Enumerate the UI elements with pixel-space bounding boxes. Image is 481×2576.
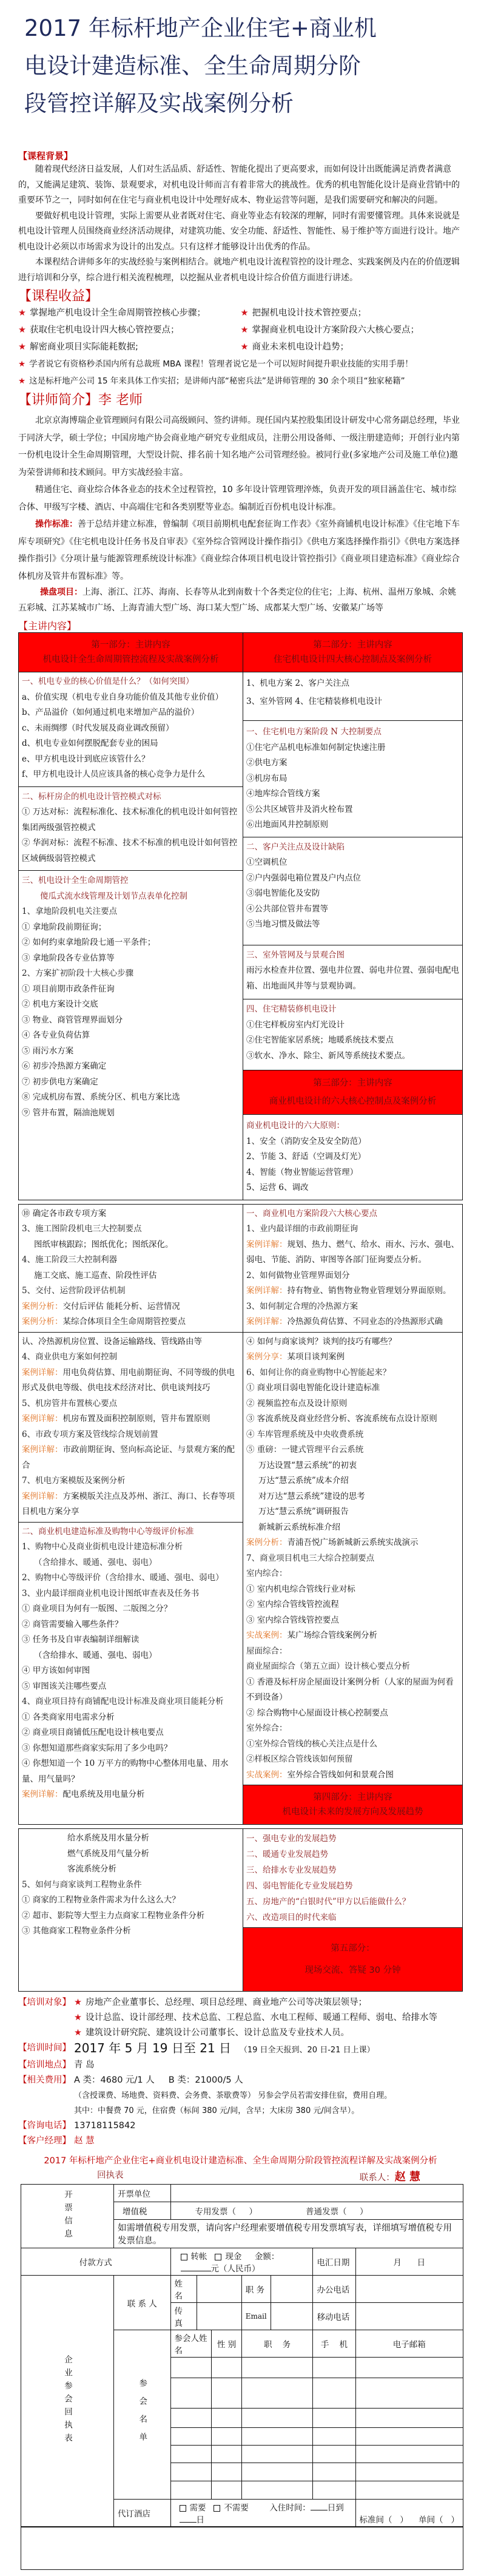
list-item: 施工交底、施工巡查、阶段性评估: [22, 1268, 240, 1284]
list-item: e、甲方机电设计到底应该管什么？: [22, 752, 240, 768]
list-item: 一、商业机电方案阶段六大核心要点: [246, 1206, 459, 1222]
star-icon: ★: [241, 325, 249, 335]
case-label: 案例详解：: [22, 1790, 63, 1799]
hotel-options[interactable]: 需要 不需要 入住时间：日到日: [170, 2500, 355, 2527]
list-item: ⑤ 重磅：一键式管理平台云系统: [246, 1442, 459, 1458]
star-icon: ★: [74, 1998, 82, 2007]
attendee-cell[interactable]: [170, 2409, 212, 2428]
list-item: ④ 甲方该如何审图: [22, 1663, 240, 1679]
attendee-cell[interactable]: [241, 2428, 313, 2446]
col-attendee-name: 参会人姓名: [170, 2330, 212, 2358]
invoice-unit-input[interactable]: [170, 2185, 463, 2202]
section-heading-background: 【课程背景】: [18, 149, 463, 162]
attendee-cell[interactable]: [355, 2409, 463, 2428]
list-item: ③ 你想知道那些商家实际用了多少电吗？: [22, 1741, 240, 1757]
list-item: 案例分析：交付后评估 能耗分析、运营情况: [22, 1299, 240, 1315]
list-item: ① 拿地阶段前期征询；: [22, 920, 240, 936]
list-item: 对万达“慧云系统”建设的思考: [246, 1489, 459, 1505]
list-item: 商业屋面综合（第五立面）设计核心要点分析: [246, 1659, 459, 1675]
checkbox-transfer[interactable]: [181, 2254, 187, 2260]
list-item: 室外综合：: [246, 1721, 459, 1737]
fax-input[interactable]: [197, 2303, 241, 2330]
list-item: 2、购物中心等级评价（含给排水、暖通、强电、弱电）: [22, 1570, 240, 1586]
office-phone-input[interactable]: [355, 2276, 463, 2303]
benefit-item: ★这是标杆地产公司 15 年来具体工作实招；是讲师内部“秘密兵法”是讲师管理的 …: [18, 373, 463, 390]
office-phone-label: 办公电话: [313, 2276, 355, 2303]
attendee-cell[interactable]: [212, 2409, 241, 2428]
position-input[interactable]: [271, 2276, 313, 2303]
list-item: ② 超市、影院等大型主力点商家工程物业条件分析: [22, 1908, 240, 1924]
payment-options[interactable]: 转帐 现金 金额：元（人民币）: [170, 2248, 313, 2276]
part3-body: 一、商业机电方案阶段六大核心要点1、业内最详细的市政前期征询案例详解：规划、热力…: [243, 1204, 463, 1332]
attendee-cell[interactable]: [313, 2409, 355, 2428]
list-item: 案例详解：规划、热力、燃气、给水、雨水、污水、强电、弱电、节能、消防、审图等各部…: [246, 1237, 459, 1268]
name-label: 姓 名: [170, 2276, 197, 2303]
list-item: （含给排水、暖通、强电、弱电）: [22, 1648, 240, 1664]
list-item: ③ 任务书及自审表编制详细解读: [22, 1632, 240, 1648]
list-item: （含给排水、暖通、强电、弱电）: [22, 1555, 240, 1571]
part4-header: 第四部分：主讲内容机电设计未来的发展方向及发展趋势: [243, 1785, 463, 1825]
attendee-cell[interactable]: [170, 2481, 212, 2500]
list-item: ④ 车库管理系统及中央收费系统: [246, 1427, 459, 1443]
list-item: 5、如何与商家谈判工程物业条件: [22, 1878, 240, 1893]
list-item: ④ 你想知道一个 10 万平方的购物中心整体用电量、用水量、用气量吗？: [22, 1756, 240, 1787]
list-item: ③ 物业、商管管理界面划分: [22, 1013, 240, 1029]
list-item: 7、商业项目机电三大综合控制要点: [246, 1551, 459, 1567]
attendee-cell[interactable]: [355, 2481, 463, 2500]
star-icon: ★: [18, 359, 25, 369]
registration-form: 开票信息 开票单位 增值税 专用发票（ ）普通发票（ ） 如需增值税专用发票，请…: [21, 2184, 463, 2570]
list-item: ③软水、净水、除尘、新风等系统技术要点。: [246, 1049, 459, 1064]
background-paragraph: 随着现代经济日益发展，人们对生活品质、舒适性、智能化提出了更高要求，而如何设计出…: [18, 162, 463, 209]
title-line: 电设计建造标准、全生命周期分阶: [24, 47, 463, 85]
page-title: 2017 年标杆地产企业住宅+商业机 电设计建造标准、全生命周期分阶 段管控详解…: [18, 0, 463, 123]
attendee-cell[interactable]: [241, 2358, 313, 2378]
course-table-3: 给水系统及用水量分析燃气系统及用气量分析客流系统分析5、如何与商家谈判工程物业条…: [18, 1828, 463, 1992]
col-position: 职 务: [241, 2330, 313, 2358]
list-item: ② 视频监控布点及设计原则: [246, 1396, 459, 1412]
email-input[interactable]: [271, 2303, 313, 2330]
list-item: 案例详解：机房布置及面积控制原则，管井布置原则: [22, 1411, 240, 1427]
list-item: ② 商管需要输入哪些条件？: [22, 1617, 240, 1633]
case-label: 案例详解：: [22, 1445, 63, 1455]
lecturer-bio: 精通住宅、商业综合体各业态的技术全过程管控，10 多年设计管理管理淬炼，负责开发…: [18, 481, 463, 516]
star-icon: ★: [241, 342, 249, 352]
title-line: 段管控详解及实战案例分析: [24, 85, 463, 123]
list-item: 案例详解：方案模版关注点及苏州、浙江、海口、长春等项目机电方案分享: [22, 1489, 240, 1520]
list-item: ② 机电方案设计交底: [22, 997, 240, 1013]
benefit-item: ★掌握地产机电设计全生命周期管控核心步骤；: [18, 305, 241, 322]
attendee-cell[interactable]: [241, 2463, 313, 2481]
list-item: 案例分析：某综合体项目全生命周期管控要点: [22, 1314, 240, 1330]
training-info: 【培训对象】 ★房地产企业董事长、总经理、项目总经理、商业地产公司等决策层领导；…: [18, 1995, 463, 2149]
list-item: 燃气系统及用气量分析: [22, 1847, 240, 1862]
list-item: 5、交付、运营阶段评估机制: [22, 1283, 240, 1299]
list-item: 万达设置“慧云系统”的初衷: [246, 1458, 459, 1474]
list-item: 六、改造项目的时代来临: [246, 1910, 459, 1925]
attendee-cell[interactable]: [313, 2446, 355, 2463]
part1-header: 第一部分：主讲内容机电设计全生命周期管控流程及实战案例分析: [19, 633, 243, 672]
list-item: 2、节能 3、舒适（空调及灯光）: [246, 1149, 459, 1165]
amount-input[interactable]: [181, 2271, 211, 2271]
attendee-cell[interactable]: [241, 2481, 313, 2500]
background-paragraph: 本课程结合讲师多年的实战经验与案例相结合。就地产机电设计流程管控的设计理念、实践…: [18, 255, 463, 286]
list-item: ① 万达对标：流程标准化、技术标准化的机电设计如何管控集团两级强管控模式: [22, 805, 240, 836]
list-item: ① 商业项目为何有一版图、二版图之分？: [22, 1601, 240, 1617]
training-fee: 【相关费用】A 类：4680 元/1 人 B 类：21000/5 人: [18, 2073, 463, 2088]
attendee-cell[interactable]: [355, 2378, 463, 2409]
list-item: ②样板区综合管线该如何预留: [246, 1752, 459, 1768]
training-fee-detail: 其中：中餐费 70 元，住宿费（标间 380 元/间，含早；大床房 380 元/…: [18, 2103, 463, 2118]
case-label: 实战案例：: [246, 1770, 288, 1780]
list-item: ① 商家的工程物业条件需求为什么这么大？: [22, 1893, 240, 1908]
list-item: ①空调机位: [246, 855, 459, 871]
part2-intro: 1、机电方案 2、客户关注点 3、室外管网 4、住宅精装修机电设计: [243, 672, 463, 721]
list-item: ② 如何约束拿地阶段七通一平条件；: [22, 935, 240, 951]
case-label: 案例详解：: [246, 1286, 288, 1296]
part3-left: 认、冷热源机房位置、设备运输路线、管线路由等4、商业供电方案如何控制案例详解：用…: [19, 1332, 243, 1825]
page: 2017 年标杆地产企业住宅+商业机 电设计建造标准、全生命周期分阶 段管控详解…: [0, 0, 481, 2576]
attendee-cell[interactable]: [355, 2358, 463, 2378]
list-item: 三、给排水专业发展趋势: [246, 1862, 459, 1878]
list-item: ③ 客流系统及商业经营分析、客流系统布点设计原则: [246, 1411, 459, 1427]
list-item: 1、业内最详细的市政前期征询: [246, 1222, 459, 1237]
attendee-cell[interactable]: [313, 2378, 355, 2409]
list-item: 五、房地产的“白银时代”甲方以后能做什么？: [246, 1894, 459, 1910]
attendee-list-label: 参会名单: [114, 2330, 171, 2500]
col-mobile: 手 机: [313, 2330, 355, 2358]
benefits-list: ★掌握地产机电设计全生命周期管控核心步骤； ★把握机电设计技术管控要点； ★获取…: [18, 305, 463, 390]
star-icon: ★: [74, 2013, 82, 2023]
list-item: 5、机房管井布置核心要点: [22, 1396, 240, 1412]
vat-label: 增值税: [114, 2202, 171, 2220]
lecturer-bio: 北京京海博瑞企业管理顾问有限公司高级顾问、签约讲师。现任国内某控股集团设计研发中…: [18, 412, 463, 481]
attendee-cell[interactable]: [170, 2463, 212, 2481]
benefit-item: ★掌握商业机电设计方案阶段六大核心要点；: [241, 322, 463, 339]
attendee-cell[interactable]: [212, 2428, 241, 2446]
course-table-1: 第一部分：主讲内容机电设计全生命周期管控流程及实战案例分析 第二部分：主讲内容住…: [18, 632, 463, 1200]
attendee-cell[interactable]: [355, 2463, 463, 2481]
benefit-item: ★把握机电设计技术管控要点；: [241, 305, 463, 322]
attendee-cell[interactable]: [313, 2358, 355, 2378]
col-gender: 性 别: [212, 2330, 241, 2358]
list-item: ⑤公共区域管井及消火栓布置: [246, 802, 459, 818]
list-item: ② 综合购物中心屋面设计核心控制要点: [246, 1706, 459, 1722]
case-label: 案例分析：: [22, 1302, 63, 1311]
col-email: 电子邮箱: [355, 2330, 463, 2358]
list-item: ⑥ 初步冷热源方案确定: [22, 1059, 240, 1075]
mobile-label: 移动电话: [313, 2303, 355, 2330]
list-item: 给水系统及用水量分析: [22, 1831, 240, 1847]
list-item: ②供电方案: [246, 756, 459, 771]
attendee-cell[interactable]: [170, 2428, 212, 2446]
attendee-cell[interactable]: [212, 2378, 241, 2409]
list-item: 案例分析：青浦吾悦广场新城新云系统实战演示: [246, 1535, 459, 1551]
list-item: 四、弱电智能化专业发展趋势: [246, 1878, 459, 1894]
checkin-start-input[interactable]: [311, 2510, 328, 2510]
list-item: 1、安全（消防安全及安全防范）: [246, 1134, 459, 1150]
attendee-cell[interactable]: [241, 2378, 313, 2409]
list-item: ② 华润对标：流程不标准、技术不标准的机电设计如何管控区域俩级弱管控模式: [22, 836, 240, 867]
fax-label: 传 真: [170, 2303, 197, 2330]
list-item: a、价值实现（机电专业自身功能价值及其他专业价值）: [22, 690, 240, 706]
list-item: 案例详解：市政前期征询、竖向标高论证、与景观方案的配合: [22, 1442, 240, 1473]
attendee-cell[interactable]: [212, 2463, 241, 2481]
invoice-unit-label: 开票单位: [114, 2185, 171, 2202]
list-item: ⑤当地习惯及做法等: [246, 917, 459, 933]
checkin-end-input[interactable]: [180, 2522, 197, 2523]
lecturer-standards: 操作标准：善于总结并建立标准，曾编制《项目前期机电配套征询工作表》《室外商铺机电…: [18, 516, 463, 585]
hotel-label: 代订酒店: [114, 2500, 171, 2527]
list-item: 客流系统分析: [22, 1862, 240, 1878]
list-item: 3、施工图阶段机电三大控制要点: [22, 1222, 240, 1237]
list-item: 图纸审核跟踪；图纸优化；图纸深化。: [22, 1237, 240, 1253]
list-item: 室内综合：: [246, 1566, 459, 1582]
attendee-cell[interactable]: [313, 2481, 355, 2500]
attendee-cell[interactable]: [212, 2481, 241, 2500]
attendee-cell[interactable]: [170, 2446, 212, 2463]
list-item: ⑥出地面风井控制原则: [246, 817, 459, 833]
star-icon: ★: [18, 342, 26, 352]
training-place: 【培训地点】青 岛: [18, 2058, 463, 2073]
list-item: ③ 其他商家工程物业条件分析: [22, 1924, 240, 1939]
part3-header: 第三部分：主讲内容商业机电设计的六大核心控制点及案例分析: [243, 1070, 462, 1115]
list-item: ① 室内机电综合管线行业对标: [246, 1582, 459, 1598]
list-item: 案例详解：用电负荷估算、用电前期征询、不同等级的供电形式及供电等级、供电技术经济…: [22, 1365, 240, 1396]
part1-body: 一、机电专业的核心价值是什么？（如何突围） a、价值实现（机电专业自身功能价值及…: [19, 672, 243, 1200]
section-heading-benefits: 【课程收益】: [18, 286, 463, 305]
list-item: 实战案例：某广场综合管线案例分析: [246, 1628, 459, 1644]
form-title: 2017 年标杆地产企业住宅+商业机电设计建造标准、全生命周期分阶段管控流程详解…: [18, 2154, 463, 2168]
list-item: 6、市政专项方案及管线综合规划前置: [22, 1427, 240, 1443]
case-label: 案例分析：: [22, 1317, 63, 1327]
star-icon: ★: [241, 308, 249, 318]
list-item: ④ 如何与商家谈判？谈判的技巧有哪些？: [246, 1334, 459, 1350]
list-item: 案例详解：持有物业、销售物业物业管理划分界面原则。: [246, 1283, 459, 1299]
list-item: ① 商业项目弱电智能化设计建造标准: [246, 1381, 459, 1396]
vat-options[interactable]: 专用发票（ ）普通发票（ ）: [170, 2202, 463, 2220]
list-item: 4、商业项目持有商铺配电设计标准及商业项目能耗分析: [22, 1694, 240, 1710]
lecturer-projects: 操盘项目：上海、浙江、江苏、海南、长春等从北到南数十个各类定位的住宅；上海、杭州…: [18, 585, 463, 616]
remarks-area[interactable]: [21, 2527, 463, 2569]
case-label: 案例分享：: [246, 1352, 288, 1362]
attendee-cell[interactable]: [212, 2446, 241, 2463]
list-item: 2、如何做物业管理界面划分: [246, 1268, 459, 1284]
training-time: 【培训时间】2017 年 5 月 19 日至 21 日 （19 日全天报到、20…: [18, 2041, 463, 2058]
name-input[interactable]: [197, 2276, 241, 2303]
list-item: 一、强电专业的发展趋势: [246, 1831, 459, 1847]
list-item: ①住宅样板房室内灯光设计: [246, 1018, 459, 1033]
list-item: b、产品溢价（如何通过机电来增加产品的溢价）: [22, 705, 240, 721]
list-item: c、未雨绸缪（时代发展及商业调改预留）: [22, 721, 240, 737]
case-label: 案例详解：: [22, 1414, 63, 1424]
vat-note: 如需增值税专用发票，请向客户经理索要增值税专用发票填写表，详细填写增值税专用发票…: [114, 2220, 463, 2248]
list-item: 6、如何让你的商业购物中心智能起来？: [246, 1365, 459, 1381]
list-item: 案例分享：某项目谈判案例: [246, 1350, 459, 1365]
list-item: 新城新云系统标准介绍: [246, 1520, 459, 1536]
case-label: 案例分析：: [246, 1538, 288, 1547]
list-item: ③ 室内综合管线管控要点: [246, 1613, 459, 1629]
list-item: 5、运营 6、调改: [246, 1180, 459, 1196]
star-icon: ★: [18, 308, 26, 318]
benefit-item: ★解密商业项目实际能耗数据;: [18, 339, 241, 356]
list-item: ①室外综合管线的核心关注点是什么: [246, 1737, 459, 1753]
case-label: 实战案例：: [246, 1631, 288, 1640]
list-item: ⑧ 完成机房布置、系统分区、机电方案比选: [22, 1090, 240, 1106]
checkbox-cash[interactable]: [215, 2254, 221, 2260]
list-item: 万达“慧云系统”成本介绍: [246, 1473, 459, 1489]
contact-person-label: 联 系 人: [114, 2276, 171, 2330]
list-item: ① 各类商家用电需求分析: [22, 1710, 240, 1726]
star-icon: ★: [18, 376, 25, 386]
list-item: 案例详解：配电系统及用电量分析: [22, 1787, 240, 1803]
part1-continued: ⑩ 确定各市政专项方案3、施工图阶段机电三大控制要点图纸审核跟踪；图纸优化；图纸…: [19, 1204, 243, 1332]
attendee-cell[interactable]: [355, 2428, 463, 2446]
mobile-input[interactable]: [355, 2303, 463, 2330]
list-item: ③ 拿地阶段各专业估算等: [22, 951, 240, 967]
case-label: 案例详解：: [22, 1492, 63, 1501]
part2-header: 第二部分：主讲内容住宅机电设计四大核心控制点及案例分析: [243, 633, 463, 672]
list-item: 4、商业供电方案如何控制: [22, 1350, 240, 1365]
checkbox-no-need[interactable]: [214, 2505, 220, 2512]
list-item: ⑩ 确定各市政专项方案: [22, 1206, 240, 1222]
wire-date-input[interactable]: 月 日: [355, 2248, 463, 2276]
part3-right: ④ 如何与商家谈判？谈判的技巧有哪些？案例分享：某项目谈判案例6、如何让你的商业…: [243, 1332, 463, 1785]
star-icon: ★: [18, 325, 26, 335]
position-label: 职 务: [241, 2276, 271, 2303]
list-item: 万达“慧云系统”调研报告: [246, 1504, 459, 1520]
email-label: Email: [241, 2303, 271, 2330]
list-item: 二、暖通专业发展趋势: [246, 1847, 459, 1862]
company-group-label: 企业参会回执表: [21, 2276, 114, 2527]
part2-body: 一、住宅机电方案阶段 N 大控制要点 ①住宅产品机电标准如何制定快速注册②供电方…: [243, 721, 463, 1200]
part3-left-continued: 给水系统及用水量分析燃气系统及用气量分析客流系统分析5、如何与商家谈判工程物业条…: [19, 1829, 243, 1992]
section-heading-lecturer: 【讲师简介】李 老师: [18, 390, 463, 408]
attendee-cell[interactable]: [313, 2463, 355, 2481]
benefit-item: ★商业未来机电设计趋势；: [241, 339, 463, 356]
wire-date-label: 电汇日期: [313, 2248, 355, 2276]
list-item: ④地库综合管线方案: [246, 786, 459, 802]
list-item: ⑦ 初步供电方案确定: [22, 1075, 240, 1090]
list-item: ② 室内综合管线管控流程: [246, 1597, 459, 1613]
attendee-cell[interactable]: [313, 2428, 355, 2446]
list-item: 认、冷热源机房位置、设备运输路线、管线路由等: [22, 1334, 240, 1350]
attendee-cell[interactable]: [170, 2378, 212, 2409]
list-item: ③机房布局: [246, 771, 459, 787]
attendee-cell[interactable]: [212, 2358, 241, 2378]
list-item: ①住宅产品机电标准如何制定快速注册: [246, 740, 459, 756]
list-item: 屋面综合：: [246, 1644, 459, 1660]
title-line: 2017 年标杆地产企业住宅+商业机: [24, 10, 463, 47]
benefit-item: ★学者说它有资格秒杀国内所有总裁班 MBA 课程！管理者说它是一个可以短时间提升…: [18, 356, 463, 373]
list-item: ④公共部位管井布置等: [246, 902, 459, 918]
list-item: 3、如何制定合理的冷热源方案: [246, 1299, 459, 1315]
list-item: ②住宅智能家居系统；地暖系统技术要点: [246, 1033, 459, 1049]
training-target: 【培训对象】 ★房地产企业董事长、总经理、项目总经理、商业地产公司等决策层领导；…: [18, 1995, 463, 2041]
list-item: ② 商业项目商铺低压配电设计核电要点: [22, 1725, 240, 1741]
list-item: ① 香港及标杆房企屋面设计案例分析（人家的屋面为何看不到设备）: [246, 1675, 459, 1706]
list-item: 实战案例：室外综合管线如何和景观合图: [246, 1768, 459, 1783]
list-item: ① 项目前期市政条件征询: [22, 982, 240, 998]
payment-label: 付款方式: [21, 2248, 171, 2276]
training-phone: 【咨询电话】13718115842: [18, 2118, 463, 2134]
background-paragraph: 要做好机电设计管理，实际上需要从业者既对住宅、商业等业态有较深的理解，同时有需要…: [18, 209, 463, 255]
list-item: ⑨ 管井布置，隔油池规划: [22, 1106, 240, 1121]
room-options[interactable]: 标准间（ ） 单间（ ）: [355, 2500, 463, 2527]
training-fee-note: （含授课费、场地费、资料费、会务费、茶歇费等） 另参会学员若需安排住宿，费用自理…: [18, 2088, 463, 2103]
list-item: f、甲方机电设计人员应该具备的核心竞争力是什么: [22, 767, 240, 783]
case-label: 案例详解：: [246, 1240, 288, 1249]
list-item: 4、智能（物业智能运营管理）: [246, 1165, 459, 1181]
part4-body: 一、强电专业的发展趋势二、暖通专业发展趋势三、给排水专业发展趋势四、弱电智能化专…: [243, 1829, 463, 1928]
star-icon: ★: [74, 2028, 82, 2038]
case-label: 案例详解：: [22, 1368, 63, 1378]
benefit-item: ★获取住宅机电设计四大核心管控要点；: [18, 322, 241, 339]
part5-header: 第五部分：现场交流、答疑 30 分钟: [243, 1928, 463, 1992]
list-item: ⑤ 审图该关注哪些要点: [22, 1679, 240, 1695]
form-subtitle: 回执表 联系人：赵 慧: [18, 2168, 463, 2184]
attendee-cell[interactable]: [241, 2409, 313, 2428]
checkbox-need[interactable]: [180, 2505, 186, 2512]
list-item: ⑤ 雨污水方案: [22, 1044, 240, 1060]
list-item: ④ 各专业负荷估算: [22, 1028, 240, 1044]
list-item: 4、施工阶段三大控制利器: [22, 1253, 240, 1268]
attendee-cell[interactable]: [241, 2446, 313, 2463]
case-label: 案例详解：: [246, 1317, 288, 1327]
list-item: 3、业内最详细商业机电设计图纸审查表及任务书: [22, 1586, 240, 1602]
list-item: ③弱电智能化及安防: [246, 886, 459, 902]
list-item: 1、购物中心及商业街机电设计建造标准分析: [22, 1540, 240, 1555]
training-manager: 【客户经理】赵 慧: [18, 2134, 463, 2149]
list-item: 案例详解：冷热源负荷估算、不同业态的冷热源形式确: [246, 1314, 459, 1330]
attendee-cell[interactable]: [170, 2358, 212, 2378]
list-item: 7、机电方案模版及案例分析: [22, 1473, 240, 1489]
list-item: d、机电专业如何摆脱配套专业的困局: [22, 736, 240, 752]
invoice-group-label: 开票信息: [21, 2185, 114, 2248]
list-item: ②户内强弱电箱位置及户内点位: [246, 871, 459, 887]
section-heading-content: 【主讲内容】: [18, 618, 463, 632]
course-table-2: ⑩ 确定各市政专项方案3、施工图阶段机电三大控制要点图纸审核跟踪；图纸优化；图纸…: [18, 1204, 463, 1825]
attendee-cell[interactable]: [355, 2446, 463, 2463]
